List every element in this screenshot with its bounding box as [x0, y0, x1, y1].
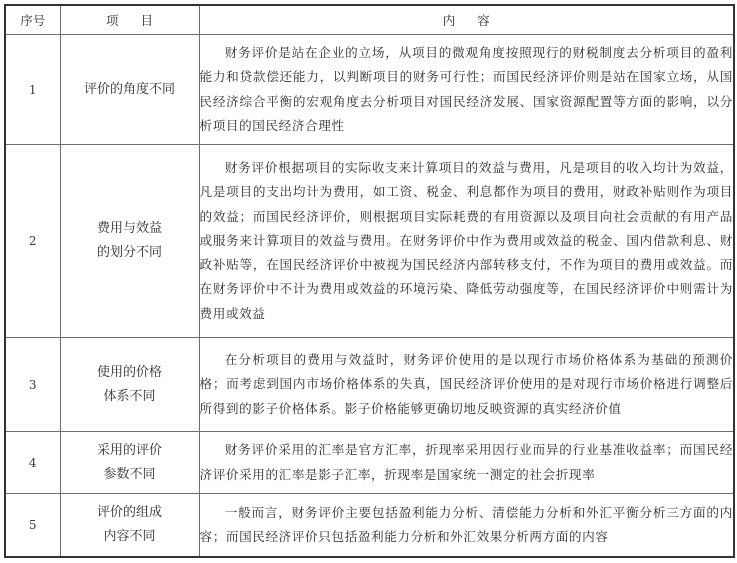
- row-item-line: 体系不同: [61, 385, 199, 409]
- row-item-line: 费用与效益: [61, 217, 199, 241]
- comparison-table: 序号 项目 内容 1 评价的角度不同 财务评价是站在企业的立场，从项目的微观角度…: [4, 4, 735, 558]
- row-content-text: 在分析项目的费用与效益时，财务评价使用的是以现行市场价格体系为基础的预测价格；而…: [200, 348, 734, 421]
- row-item: 费用与效益 的划分不同: [60, 145, 199, 338]
- row-content: 财务评价根据项目的实际收支来计算项目的效益与费用，凡是项目的收入均计为效益，凡是…: [199, 145, 734, 338]
- row-number: 1: [5, 35, 60, 145]
- row-content-text: 财务评价根据项目的实际收支来计算项目的效益与费用，凡是项目的收入均计为效益，凡是…: [200, 156, 734, 325]
- header-content-label: 内容: [421, 13, 512, 28]
- row-number: 5: [5, 494, 60, 558]
- row-content-text: 一般而言，财务评价主要包括盈利能力分析、清偿能力分析和外汇平衡分析三方面的内容；…: [200, 501, 734, 549]
- row-number: 4: [5, 432, 60, 494]
- row-content: 一般而言，财务评价主要包括盈利能力分析、清偿能力分析和外汇平衡分析三方面的内容；…: [199, 494, 734, 558]
- row-content-text: 财务评价是站在企业的立场，从项目的微观角度按照现行的财税制度去分析项目的盈利能力…: [200, 41, 734, 138]
- table-row: 4 采用的评价 参数不同 财务评价采用的汇率是官方汇率，折现率采用因行业而异的行…: [5, 432, 734, 494]
- row-number: 3: [5, 338, 60, 432]
- row-content-text: 财务评价采用的汇率是官方汇率，折现率采用因行业而异的行业基准收益率；而国民经济评…: [200, 438, 734, 486]
- header-content: 内容: [199, 5, 734, 35]
- row-content: 财务评价采用的汇率是官方汇率，折现率采用因行业而异的行业基准收益率；而国民经济评…: [199, 432, 734, 494]
- row-number: 2: [5, 145, 60, 338]
- row-item: 评价的角度不同: [60, 35, 199, 145]
- table-row: 5 评价的组成 内容不同 一般而言，财务评价主要包括盈利能力分析、清偿能力分析和…: [5, 494, 734, 558]
- row-item-line: 内容不同: [61, 525, 199, 549]
- header-no: 序号: [5, 5, 60, 35]
- table-row: 2 费用与效益 的划分不同 财务评价根据项目的实际收支来计算项目的效益与费用，凡…: [5, 145, 734, 338]
- row-item-line: 采用的评价: [61, 439, 199, 463]
- row-item-line: 评价的角度不同: [61, 78, 199, 102]
- row-item: 采用的评价 参数不同: [60, 432, 199, 494]
- header-row: 序号 项目 内容: [5, 5, 734, 35]
- row-content: 在分析项目的费用与效益时，财务评价使用的是以现行市场价格体系为基础的预测价格；而…: [199, 338, 734, 432]
- row-item-line: 评价的组成: [61, 501, 199, 525]
- row-item-line: 的划分不同: [61, 241, 199, 265]
- row-item: 评价的组成 内容不同: [60, 494, 199, 558]
- header-item-label: 项目: [84, 13, 175, 28]
- table-row: 3 使用的价格 体系不同 在分析项目的费用与效益时，财务评价使用的是以现行市场价…: [5, 338, 734, 432]
- row-content: 财务评价是站在企业的立场，从项目的微观角度按照现行的财税制度去分析项目的盈利能力…: [199, 35, 734, 145]
- header-item: 项目: [60, 5, 199, 35]
- row-item: 使用的价格 体系不同: [60, 338, 199, 432]
- table-row: 1 评价的角度不同 财务评价是站在企业的立场，从项目的微观角度按照现行的财税制度…: [5, 35, 734, 145]
- row-item-line: 参数不同: [61, 463, 199, 487]
- row-item-line: 使用的价格: [61, 361, 199, 385]
